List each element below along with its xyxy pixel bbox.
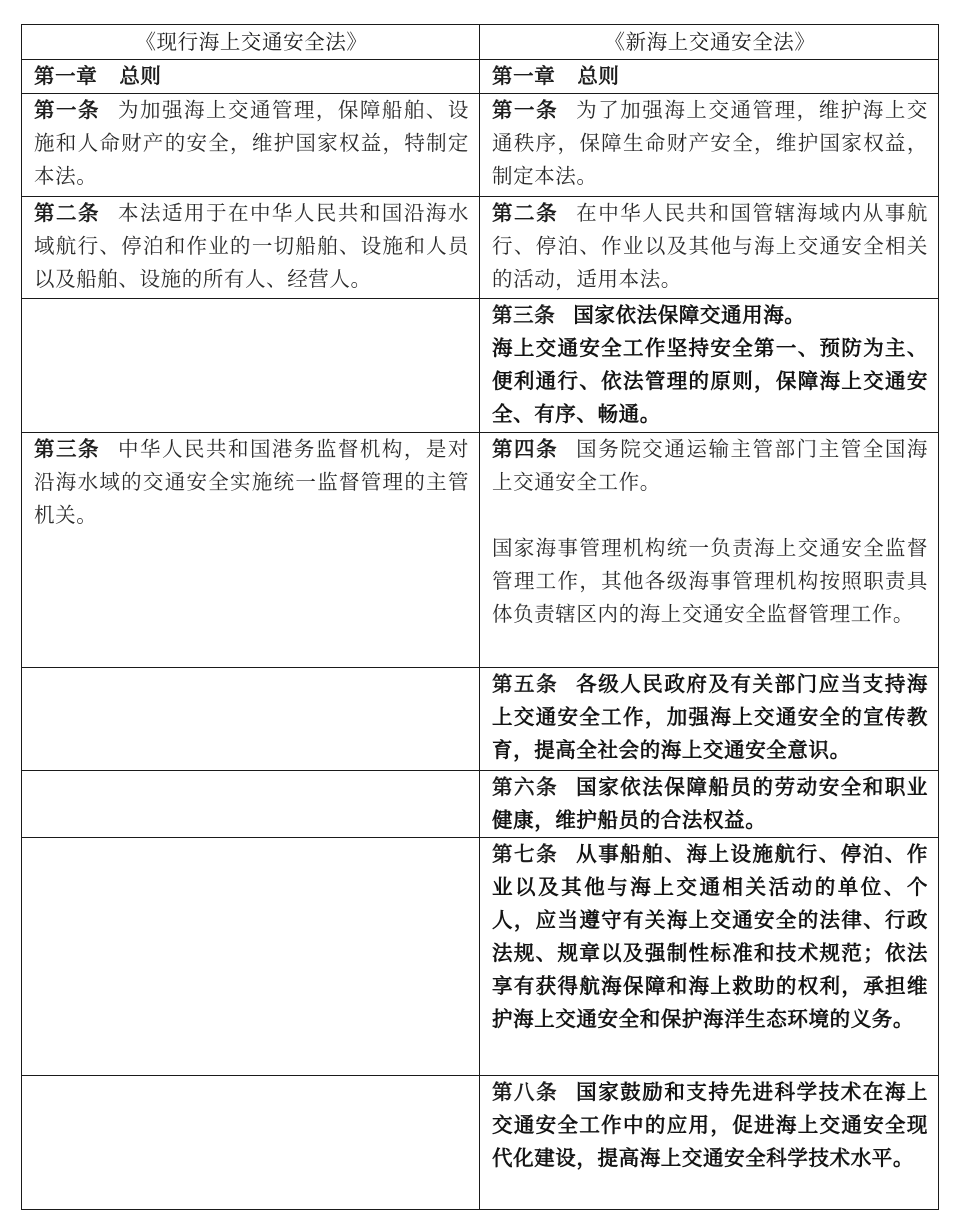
article-row: 第八条国家鼓励和支持先进科学技术在海上交通安全工作中的应用，促进海上交通安全现代… xyxy=(22,1076,939,1210)
current-article-empty xyxy=(22,1076,480,1210)
article-label: 第六条 xyxy=(492,775,558,799)
new-article: 第五条各级人民政府及有关部门应当支持海上交通安全工作，加强海上交通安全的宣传教育… xyxy=(480,668,939,771)
article-row: 第五条各级人民政府及有关部门应当支持海上交通安全工作，加强海上交通安全的宣传教育… xyxy=(22,668,939,771)
header-new-law: 《新海上交通安全法》 xyxy=(480,25,939,60)
chapter-label: 第一章 xyxy=(492,64,555,88)
article-row: 第六条国家依法保障船员的劳动安全和职业健康，维护船员的合法权益。 xyxy=(22,771,939,838)
chapter-label: 第一章 xyxy=(34,64,97,88)
new-article: 第七条从事船舶、海上设施航行、停泊、作业以及其他与海上交通相关活动的单位、个人，… xyxy=(480,838,939,1076)
article-label: 第二条 xyxy=(34,201,100,225)
article-label: 第一条 xyxy=(492,98,558,122)
new-article: 第二条在中华人民共和国管辖海域内从事航行、停泊、作业以及其他与海上交通安全相关的… xyxy=(480,197,939,299)
article-label: 第五条 xyxy=(492,672,558,696)
article-text: 国家依法保障交通用海。 xyxy=(573,303,805,327)
new-article: 第六条国家依法保障船员的劳动安全和职业健康，维护船员的合法权益。 xyxy=(480,771,939,838)
chapter-new: 第一章总则 xyxy=(480,60,939,94)
chapter-title: 总则 xyxy=(119,64,161,88)
header-row: 《现行海上交通安全法》 《新海上交通安全法》 xyxy=(22,25,939,60)
article-label: 第三条 xyxy=(492,303,555,327)
article-row: 第七条从事船舶、海上设施航行、停泊、作业以及其他与海上交通相关活动的单位、个人，… xyxy=(22,838,939,1076)
article-row: 第二条本法适用于在中华人民共和国沿海水域航行、停泊和作业的一切船舶、设施和人员以… xyxy=(22,197,939,299)
chapter-row: 第一章总则 第一章总则 xyxy=(22,60,939,94)
current-article-empty xyxy=(22,299,480,433)
current-article: 第二条本法适用于在中华人民共和国沿海水域航行、停泊和作业的一切船舶、设施和人员以… xyxy=(22,197,480,299)
law-comparison-table: 《现行海上交通安全法》 《新海上交通安全法》 第一章总则 第一章总则 第一条为加… xyxy=(21,24,939,1210)
article-text: 海上交通安全工作坚持安全第一、预防为主、便利通行、依法管理的原则，保障海上交通安… xyxy=(492,332,928,431)
current-article-empty xyxy=(22,838,480,1076)
new-article: 第四条国务院交通运输主管部门主管全国海上交通安全工作。国家海事管理机构统一负责海… xyxy=(480,433,939,668)
current-article: 第一条为加强海上交通管理，保障船舶、设施和人命财产的安全，维护国家权益，特制定本… xyxy=(22,94,480,197)
article-row: 第三条中华人民共和国港务监督机构，是对沿海水域的交通安全实施统一监督管理的主管机… xyxy=(22,433,939,668)
current-article-empty xyxy=(22,771,480,838)
article-label: 第四条 xyxy=(492,437,558,461)
article-label: 第二条 xyxy=(492,201,558,225)
new-article: 第八条国家鼓励和支持先进科学技术在海上交通安全工作中的应用，促进海上交通安全现代… xyxy=(480,1076,939,1210)
article-text: 从事船舶、海上设施航行、停泊、作业以及其他与海上交通相关活动的单位、个人，应当遵… xyxy=(492,842,928,1031)
article-row: 第三条国家依法保障交通用海。海上交通安全工作坚持安全第一、预防为主、便利通行、依… xyxy=(22,299,939,433)
header-current-law: 《现行海上交通安全法》 xyxy=(22,25,480,60)
article-label: 第一条 xyxy=(34,98,100,122)
article-label: 第八条 xyxy=(492,1080,558,1104)
new-article: 第三条国家依法保障交通用海。海上交通安全工作坚持安全第一、预防为主、便利通行、依… xyxy=(480,299,939,433)
article-label: 第三条 xyxy=(34,437,100,461)
article-label: 第七条 xyxy=(492,842,558,866)
article-text: 国家海事管理机构统一负责海上交通安全监督管理工作，其他各级海事管理机构按照职责具… xyxy=(492,532,928,631)
current-article-empty xyxy=(22,668,480,771)
law-comparison-document: 《现行海上交通安全法》 《新海上交通安全法》 第一章总则 第一章总则 第一条为加… xyxy=(21,24,938,1210)
chapter-current: 第一章总则 xyxy=(22,60,480,94)
current-article: 第三条中华人民共和国港务监督机构，是对沿海水域的交通安全实施统一监督管理的主管机… xyxy=(22,433,480,668)
new-article: 第一条为了加强海上交通管理，维护海上交通秩序，保障生命财产安全，维护国家权益，制… xyxy=(480,94,939,197)
article-row: 第一条为加强海上交通管理，保障船舶、设施和人命财产的安全，维护国家权益，特制定本… xyxy=(22,94,939,197)
chapter-title: 总则 xyxy=(577,64,619,88)
